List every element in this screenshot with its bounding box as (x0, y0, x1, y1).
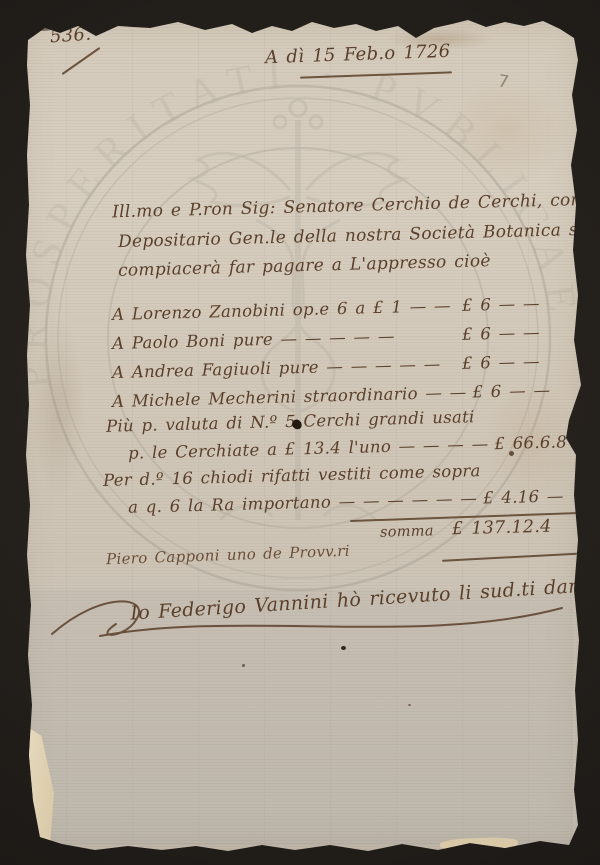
approval-line: Piero Capponi uno de Provv.ri (106, 542, 350, 569)
speck (341, 646, 346, 650)
valuation-text: a q. 6 la Ra importano — — — — — — (128, 489, 478, 517)
amount-text: £ 6 — — (466, 380, 580, 402)
valuation-line: a q. 6 la Ra importano — — — — — — £ 4.1… (128, 486, 570, 517)
salutation-line: compiacerà far pagare a L'appresso cioè (118, 251, 491, 281)
valuation-line: p. le Cerchiate a £ 13.4 l'uno — — — — £… (128, 432, 570, 463)
folio-slash-stroke (62, 47, 101, 75)
payment-line: A Andrea Fagiuoli pure — — — — — £ 6 — — (112, 351, 570, 382)
deckle-edge (440, 837, 518, 852)
pencil-page-number: 7 (497, 71, 511, 92)
paper-sheet: PROSPERITATI · PVBLICAE 536. A dì 15 Feb… (0, 0, 600, 865)
folio-number: 536. (49, 24, 92, 48)
speck (408, 704, 411, 706)
salutation-line: Depositario Gen.le della nostra Società … (118, 220, 584, 252)
amount-text: £ 6 — — (456, 351, 570, 373)
salutation-line: Ill.mo e P.ron Sig: Senatore Cerchio de … (112, 190, 598, 223)
amount-text: £ 66.6.8 — (488, 431, 600, 453)
scanned-manuscript-page: PROSPERITATI · PVBLICAE 536. A dì 15 Feb… (0, 0, 600, 865)
sum-label: somma (380, 523, 434, 540)
payee-text: A Paolo Boni pure — — — — — (112, 327, 395, 353)
payment-line: A Lorenzo Zanobini op.e 6 a £ 1 — — £ 6 … (112, 293, 570, 324)
ink-dot (509, 451, 514, 456)
amount-text: £ 6 — — (456, 293, 570, 315)
valuation-line: Per d.º 16 chiodi rifatti vestiti come s… (103, 461, 481, 490)
amount-text: £ 4.16 — (477, 486, 591, 508)
sum-amount: £ 137.12.4 (452, 517, 552, 540)
payment-line: A Michele Mecherini straordinario — — £ … (112, 380, 570, 411)
edge-blot (30, 16, 58, 31)
amount-text: £ 6 — — (456, 322, 570, 344)
folded-corner (26, 726, 54, 848)
payee-text: A Michele Mecherini straordinario — — (112, 383, 467, 411)
stain (24, 290, 94, 530)
valuation-text: p. le Cerchiate a £ 13.4 l'uno — — — — (128, 434, 489, 462)
date-line: A dì 15 Feb.o 1726 (265, 41, 451, 68)
valuation-line: Più p. valuta di N.º 5 Cerchi grandi usa… (106, 407, 475, 436)
payment-line: A Paolo Boni pure — — — — — £ 6 — — (112, 322, 570, 353)
payee-text: A Lorenzo Zanobini op.e 6 a £ 1 — — (112, 296, 451, 324)
sum-underline (442, 552, 587, 562)
speck (242, 664, 245, 667)
signature-flourish (40, 572, 580, 657)
payee-text: A Andrea Fagiuoli pure — — — — — (112, 354, 441, 382)
date-underline (300, 71, 452, 78)
